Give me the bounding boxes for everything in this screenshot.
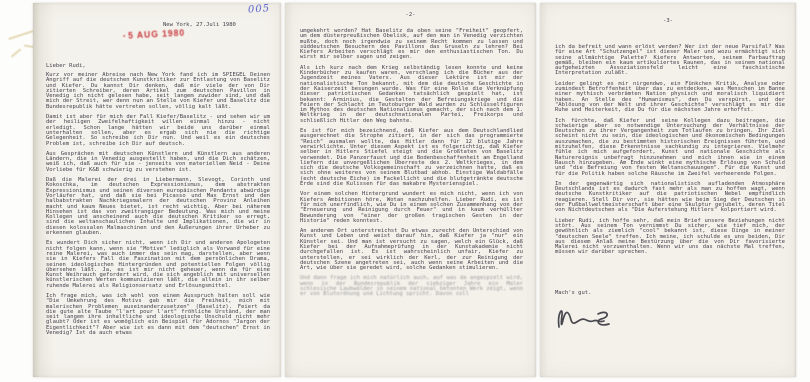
letter-page-2: -2- umgekehrt worden? Hat Baselitz da ob…: [285, 3, 536, 377]
closing-line: Mach's gut.: [555, 291, 785, 296]
page-number: -3-: [540, 18, 796, 24]
paragraph: Lieber Rudi, ich hoffe sehr, daß mein Br…: [555, 219, 785, 256]
paragraph: Es wundert Dich sicher nicht, wenn ich D…: [46, 241, 270, 289]
paragraph: Ich fürchte, daß Kiefer und seine Kolleg…: [555, 119, 785, 177]
paragraph: Damit ist aber für mich der Fall Kiefer/…: [46, 115, 270, 147]
folio-number-annotation: 005: [248, 3, 271, 16]
paragraph: Es ist für mich bezeichnend, daß Kiefer …: [300, 129, 523, 187]
letter-page-1: New York, 27.Juli 1980 5 AUG 1980 Lieber…: [33, 3, 281, 377]
paragraph: Ich frage mich, was ich wohl von einem A…: [46, 294, 270, 336]
page-2-body: umgekehrt worden? Hat Baselitz da oben s…: [300, 29, 523, 303]
letter-page-3: -3- ich da befreit und wann erlöst werde…: [540, 3, 796, 377]
page-number: -2-: [285, 12, 536, 18]
pencil-stroke: [11, 48, 21, 57]
page-1-body: Kurz vor meiner Abreise nach New York fa…: [46, 73, 270, 341]
signature-scrawl-icon: [554, 303, 616, 333]
paragraph: Als ich kurz nach dem Krieg selbständig …: [300, 66, 523, 124]
paragraph: Kurz vor meiner Abreise nach New York fa…: [46, 73, 270, 110]
received-date-stamp: 5 AUG 1980: [123, 27, 186, 41]
paragraph: Und dann frage ich mich natürlich auch, …: [300, 276, 523, 297]
salutation: Lieber Rudi,: [46, 63, 86, 69]
paragraph: Aus Gesprächen mit deutschen Künstlern u…: [46, 152, 270, 173]
paragraph: An anderem Ort unterstreichst Du etwas z…: [300, 229, 523, 271]
paragraph: Leider gelingt es mir nirgendwo, ein Fün…: [555, 82, 785, 114]
paragraph: Daß die Malerei der drei in Liebermann, …: [46, 178, 270, 236]
signature-handwritten: [554, 303, 616, 337]
pencil-stroke: [8, 30, 33, 40]
paragraph: umgekehrt worden? Hat Baselitz da oben s…: [300, 29, 523, 61]
paragraph: In der gegenwärtig sich nationalistisch …: [555, 182, 785, 214]
page-3-body: ich da befreit und wann erlöst werden? W…: [555, 45, 785, 261]
paragraph: Vor einem solchen Hintergrund wundert es…: [300, 192, 523, 224]
scan-background: New York, 27.Juli 1980 5 AUG 1980 Lieber…: [0, 0, 810, 382]
paragraph: ich da befreit und wann erlöst werden? W…: [555, 45, 785, 77]
